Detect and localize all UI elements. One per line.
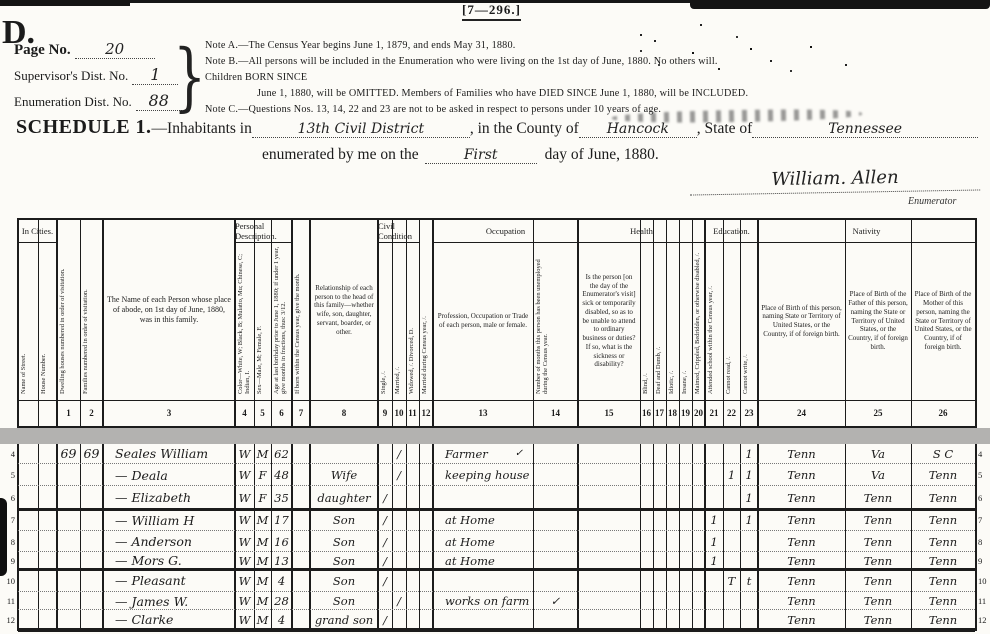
cell-birthplace-row11: Tenn: [758, 592, 845, 610]
column-header-text-blind: Blind, /.: [641, 242, 652, 396]
cell-color-row8: W: [235, 531, 254, 552]
row-number-right: 4: [978, 443, 989, 464]
column-number-single: 9: [378, 400, 392, 426]
cell-single-row8: /: [378, 531, 392, 552]
cell-father-row8: Tenn: [845, 531, 911, 552]
column-header-text-insane: Insane, /.: [680, 242, 691, 396]
group-header-health: Health: [578, 220, 705, 243]
row-number-left: 6: [3, 486, 15, 509]
column-number-idiotic: 18: [666, 400, 679, 426]
district-block: Page No. 20 Supervisor's Dist. No. 1 Enu…: [14, 40, 196, 117]
column-header-insane: Insane, /.: [680, 242, 691, 400]
column-header-text-deaf: Deaf and Dumb, /.: [654, 242, 665, 396]
row-number-left: 11: [3, 592, 15, 610]
cell-color-row11: W: [235, 592, 254, 610]
column-header-text-age: Age at last birthday prior to June 1, 18…: [272, 242, 291, 396]
row-number-right: 9: [978, 552, 989, 569]
column-header-mother: Place of Birth of the Mother of this per…: [912, 242, 974, 400]
column-number-color: 4: [235, 400, 254, 426]
cell-cannot_read-row5: 1: [723, 464, 740, 486]
cell-occupation-row9: at Home: [433, 552, 533, 569]
ink-speckles: [640, 34, 642, 36]
column-number-relationship: 8: [310, 400, 378, 426]
row-number-right: 7: [978, 509, 989, 531]
cell-sex-row7: M: [254, 509, 271, 531]
enumeration-dist-label: Enumeration Dist. No.: [14, 94, 132, 109]
column-header-street: Name of Street.: [19, 242, 37, 400]
cell-mother-row7: Tenn: [911, 509, 975, 531]
cell-occupation-row7: at Home: [433, 509, 533, 531]
cell-relationship-row12: grand son: [310, 610, 378, 629]
group-header-personal: Personal Description.: [235, 220, 292, 243]
cell-birthplace-row6: Tenn: [758, 486, 845, 509]
column-number-blind: 16: [640, 400, 653, 426]
schedule-title: SCHEDULE 1.: [16, 116, 152, 139]
cell-cannot_write-row4: 1: [740, 443, 758, 464]
cell-cannot_write-row10: t: [740, 569, 758, 592]
column-header-married_cy: Married during Census year, /.: [420, 220, 432, 400]
notes-block: Note A.—The Census Year begins June 1, 1…: [205, 38, 750, 118]
cell-relationship-row5: Wife: [310, 464, 378, 486]
column-header-color: Color—White, W; Black, B; Mulatto, Mu; C…: [236, 242, 253, 400]
column-header-text-sex: Sex—Male, M; Female, F.: [255, 242, 270, 396]
column-header-deaf: Deaf and Dumb, /.: [654, 242, 665, 400]
cell-sex-row12: M: [254, 610, 271, 629]
cell-unemployed-row11: ✓: [533, 592, 578, 610]
column-header-maimed: Maimed, Crippled, Bedridden, or otherwis…: [693, 242, 704, 400]
cell-name-row4: Seales William: [103, 443, 235, 464]
cell-sex-row11: M: [254, 592, 271, 610]
cell-occupation-row8: at Home: [433, 531, 533, 552]
cell-name-row7: — William H: [103, 509, 235, 531]
column-number-widowed: 11: [406, 400, 419, 426]
cell-sex-row4: M: [254, 443, 271, 464]
cell-name-row12: — Clarke: [103, 610, 235, 629]
column-number-father: 25: [845, 400, 911, 426]
cell-cannot_write-row7: 1: [740, 509, 758, 531]
cell-father-row6: Tenn: [845, 486, 911, 509]
cell-birthplace-row8: Tenn: [758, 531, 845, 552]
cell-father-row7: Tenn: [845, 509, 911, 531]
cell-age-row9: 13: [271, 552, 292, 569]
column-header-text-married: Married, /.: [393, 242, 405, 396]
column-header-text-unemployed: Number of months this person has been un…: [534, 242, 577, 396]
row-number-right: 11: [978, 592, 989, 610]
column-header-cannot_write: Cannot write, /.: [741, 242, 757, 400]
cell-age-row10: 4: [271, 569, 292, 592]
column-header-text-relationship: Relationship of each person to the head …: [311, 220, 377, 400]
cell-birthplace-row5: Tenn: [758, 464, 845, 486]
column-header-text-widowed: Widowed, /. Divorced, D.: [407, 242, 418, 396]
county-field: Hancock: [579, 121, 697, 138]
cell-name-row10: — Pleasant: [103, 569, 235, 592]
column-number-unemployed: 14: [533, 400, 578, 426]
county-label: , in the County of: [470, 120, 579, 138]
supervisor-dist-label: Supervisor's Dist. No.: [14, 68, 128, 83]
cell-age-row5: 48: [271, 464, 292, 486]
cell-single-row10: /: [378, 569, 392, 592]
column-number-occupation: 13: [433, 400, 533, 426]
cell-sex-row8: M: [254, 531, 271, 552]
cell-mother-row6: Tenn: [911, 486, 975, 509]
column-number-family: 2: [80, 400, 103, 426]
row-number-left: 8: [3, 531, 15, 552]
cell-father-row11: Tenn: [845, 592, 911, 610]
column-number-dwelling: 1: [57, 400, 80, 426]
column-header-occupation: Profession, Occupation or Trade of each …: [434, 242, 532, 400]
cell-married-row5: /: [392, 464, 406, 486]
district-field: 13th Civil District: [252, 121, 470, 138]
scan-edge-top-left: [0, 0, 130, 6]
enumerator-signature: William. Allen: [690, 165, 980, 195]
row-number-right: 10: [978, 569, 989, 592]
cell-family-row4: 69: [80, 443, 103, 464]
column-number-school: 21: [705, 400, 723, 426]
cell-mother-row4: S C: [911, 443, 975, 464]
date-suffix: day of June, 1880.: [537, 146, 659, 164]
column-header-family: Families numbered in order of visitation…: [81, 220, 102, 400]
cell-relationship-row9: Son: [310, 552, 378, 569]
cell-age-row6: 35: [271, 486, 292, 509]
column-number-street: [18, 400, 38, 426]
cell-single-row9: /: [378, 552, 392, 569]
cell-cannot_read-row10: T: [723, 569, 740, 592]
cell-birthplace-row4: Tenn: [758, 443, 845, 464]
cell-mother-row12: Tenn: [911, 610, 975, 629]
column-header-house: House Number.: [39, 242, 56, 400]
column-header-cannot_read: Cannot read, /.: [724, 242, 739, 400]
cell-color-row5: W: [235, 464, 254, 486]
cell-mother-row10: Tenn: [911, 569, 975, 592]
row-number-right: 5: [978, 464, 989, 486]
column-header-name: The Name of each Person whose place of a…: [104, 220, 234, 400]
cell-relationship-row11: Son: [310, 592, 378, 610]
column-header-school: Attended school within the Census year, …: [706, 242, 722, 400]
column-header-text-occupation: Profession, Occupation or Trade of each …: [434, 242, 532, 400]
cell-age-row11: 28: [271, 592, 292, 610]
cell-relationship-row10: Son: [310, 569, 378, 592]
cell-birthplace-row7: Tenn: [758, 509, 845, 531]
state-label: , State of: [697, 120, 753, 138]
census-sheet: D. [7—296.] Page No. 20 Supervisor's Dis…: [0, 0, 990, 634]
cell-name-row11: — James W.: [103, 592, 235, 610]
enumerator-role-label: Enumerator: [908, 196, 956, 207]
cell-age-row4: 62: [271, 443, 292, 464]
cell-father-row10: Tenn: [845, 569, 911, 592]
row-number-right: 6: [978, 486, 989, 509]
date-field: First: [425, 147, 537, 164]
scan-edge-top-right: [690, 0, 990, 9]
cell-school-row8: 1: [705, 531, 723, 552]
cell-name-row5: — Deala: [103, 464, 235, 486]
column-header-widowed: Widowed, /. Divorced, D.: [407, 242, 418, 400]
cell-color-row10: W: [235, 569, 254, 592]
column-number-married_cy: 12: [419, 400, 433, 426]
cell-single-row7: /: [378, 509, 392, 531]
group-header-civil: Civil Condition: [378, 220, 419, 243]
cell-occupation-mark-row4: ✓: [511, 443, 527, 464]
cell-age-row7: 17: [271, 509, 292, 531]
column-number-mother: 26: [911, 400, 975, 426]
brace: }: [173, 34, 206, 120]
note-a: Note A.—The Census Year begins June 1, 1…: [205, 38, 750, 54]
cell-age-row12: 4: [271, 610, 292, 629]
column-number-sex: 5: [254, 400, 271, 426]
cell-single-row6: /: [378, 486, 392, 509]
enumerated-prefix: enumerated by me on the: [262, 146, 425, 164]
column-number-name: 3: [103, 400, 235, 426]
row-number-left: 7: [3, 509, 15, 531]
column-header-text-single: Single, /.: [379, 242, 391, 396]
column-header-text-born_month: If born within the Census year, give the…: [293, 220, 309, 396]
column-number-married: 10: [392, 400, 406, 426]
column-number-cannot_write: 23: [740, 400, 758, 426]
column-header-father: Place of Birth of the Father of this per…: [846, 242, 910, 400]
column-header-age: Age at last birthday prior to June 1, 18…: [272, 242, 291, 400]
column-header-idiotic: Idiotic, /.: [667, 242, 678, 400]
column-header-text-house: House Number.: [39, 242, 56, 396]
column-header-text-sickness: Is the person [on the day of the Enumera…: [579, 242, 639, 400]
cell-mother-row9: Tenn: [911, 552, 975, 569]
scan-gray-band: [0, 428, 990, 444]
column-header-sex: Sex—Male, M; Female, F.: [255, 242, 270, 400]
column-header-text-name: The Name of each Person whose place of a…: [104, 220, 234, 400]
column-number-born_month: 7: [292, 400, 310, 426]
group-header-occupation: Occupation: [433, 220, 578, 243]
cell-school-row7: 1: [705, 509, 723, 531]
group-header-education: Education.: [705, 220, 758, 243]
row-number-right: 8: [978, 531, 989, 552]
cell-color-row7: W: [235, 509, 254, 531]
row-number-left: 4: [3, 443, 15, 464]
cell-married-row4: /: [392, 443, 406, 464]
cell-mother-row8: Tenn: [911, 531, 975, 552]
column-header-birthplace: Place of Birth of this person, naming St…: [759, 242, 844, 400]
column-header-text-idiotic: Idiotic, /.: [667, 242, 678, 396]
column-header-text-birthplace: Place of Birth of this person, naming St…: [759, 242, 844, 400]
cell-name-row8: — Anderson: [103, 531, 235, 552]
cell-birthplace-row9: Tenn: [758, 552, 845, 569]
column-number-age: 6: [271, 400, 292, 426]
schedule-title-line: SCHEDULE 1. —Inhabitants in 13th Civil D…: [16, 116, 978, 139]
row-number-left: 12: [3, 610, 15, 629]
page-no-label: Page No.: [14, 42, 71, 58]
column-header-relationship: Relationship of each person to the head …: [311, 220, 377, 400]
cell-relationship-row6: daughter: [310, 486, 378, 509]
cell-occupation-row11: works on farm: [433, 592, 533, 610]
cell-name-row9: — Mors G.: [103, 552, 235, 569]
cell-sex-row9: M: [254, 552, 271, 569]
column-header-blind: Blind, /.: [641, 242, 652, 400]
column-header-married: Married, /.: [393, 242, 405, 400]
cell-birthplace-row10: Tenn: [758, 569, 845, 592]
form-number: [7—296.]: [462, 2, 521, 21]
column-header-born_month: If born within the Census year, give the…: [293, 220, 309, 400]
cell-school-row9: 1: [705, 552, 723, 569]
cell-age-row8: 16: [271, 531, 292, 552]
column-header-text-school: Attended school within the Census year, …: [706, 242, 722, 396]
cell-occupation-row5: keeping house: [433, 464, 533, 486]
cell-dwelling-row4: 69: [57, 443, 80, 464]
cell-birthplace-row12: Tenn: [758, 610, 845, 629]
column-number-maimed: 20: [692, 400, 705, 426]
cell-cannot_write-row6: 1: [740, 486, 758, 509]
column-number-sickness: 15: [578, 400, 640, 426]
cell-father-row12: Tenn: [845, 610, 911, 629]
cell-sex-row5: F: [254, 464, 271, 486]
table-right-border: [975, 218, 977, 631]
column-header-text-dwelling: Dwelling houses numbered in order of vis…: [58, 220, 79, 396]
row-number-left: 5: [3, 464, 15, 486]
row-number-left: 9: [3, 552, 15, 569]
cell-married-row11: /: [392, 592, 406, 610]
cell-relationship-row7: Son: [310, 509, 378, 531]
note-b: Note B.—All persons will be included in …: [205, 54, 750, 86]
enumeration-date-line: enumerated by me on the First day of Jun…: [262, 146, 742, 164]
state-field: Tennessee: [752, 121, 978, 138]
column-header-text-mother: Place of Birth of the Mother of this per…: [912, 242, 974, 400]
column-header-text-street: Name of Street.: [19, 242, 37, 396]
cell-cannot_write-row5: 1: [740, 464, 758, 486]
column-number-cannot_read: 22: [723, 400, 740, 426]
row-number-right: 12: [978, 610, 989, 629]
supervisor-dist-value: 1: [132, 65, 178, 85]
cell-color-row6: W: [235, 486, 254, 509]
column-header-text-cannot_write: Cannot write, /.: [741, 242, 757, 396]
cell-relationship-row8: Son: [310, 531, 378, 552]
cell-father-row5: Va: [845, 464, 911, 486]
cell-name-row6: — Elizabeth: [103, 486, 235, 509]
cell-color-row9: W: [235, 552, 254, 569]
column-number-insane: 19: [679, 400, 692, 426]
cell-color-row4: W: [235, 443, 254, 464]
column-header-text-married_cy: Married during Census year, /.: [420, 220, 432, 396]
cell-sex-row6: F: [254, 486, 271, 509]
cell-color-row12: W: [235, 610, 254, 629]
page-no-value: 20: [75, 40, 155, 59]
cell-mother-row11: Tenn: [911, 592, 975, 610]
cell-mother-row5: Tenn: [911, 464, 975, 486]
column-number-deaf: 17: [653, 400, 666, 426]
cell-single-row12: /: [378, 610, 392, 629]
group-header-nativity: Nativity: [758, 220, 975, 243]
column-header-text-father: Place of Birth of the Father of this per…: [846, 242, 910, 400]
cell-father-row4: Va: [845, 443, 911, 464]
column-header-text-family: Families numbered in order of visitation…: [81, 220, 102, 396]
note-b-continued: June 1, 1880, will be OMITTED. Members o…: [205, 86, 750, 102]
column-number-house: [38, 400, 57, 426]
column-header-text-cannot_read: Cannot read, /.: [724, 242, 739, 396]
column-number-birthplace: 24: [758, 400, 845, 426]
column-header-text-maimed: Maimed, Crippled, Bedridden, or otherwis…: [693, 242, 704, 396]
column-header-single: Single, /.: [379, 242, 391, 400]
cell-father-row9: Tenn: [845, 552, 911, 569]
cell-sex-row10: M: [254, 569, 271, 592]
column-header-dwelling: Dwelling houses numbered in order of vis…: [58, 220, 79, 400]
column-header-unemployed: Number of months this person has been un…: [534, 242, 577, 400]
schedule-subtitle: —Inhabitants in: [152, 120, 252, 138]
group-header-in_cities: In Cities.: [18, 220, 57, 243]
column-header-sickness: Is the person [on the day of the Enumera…: [579, 242, 639, 400]
row-number-left: 10: [3, 569, 15, 592]
column-header-text-color: Color—White, W; Black, B; Mulatto, Mu; C…: [236, 242, 253, 396]
